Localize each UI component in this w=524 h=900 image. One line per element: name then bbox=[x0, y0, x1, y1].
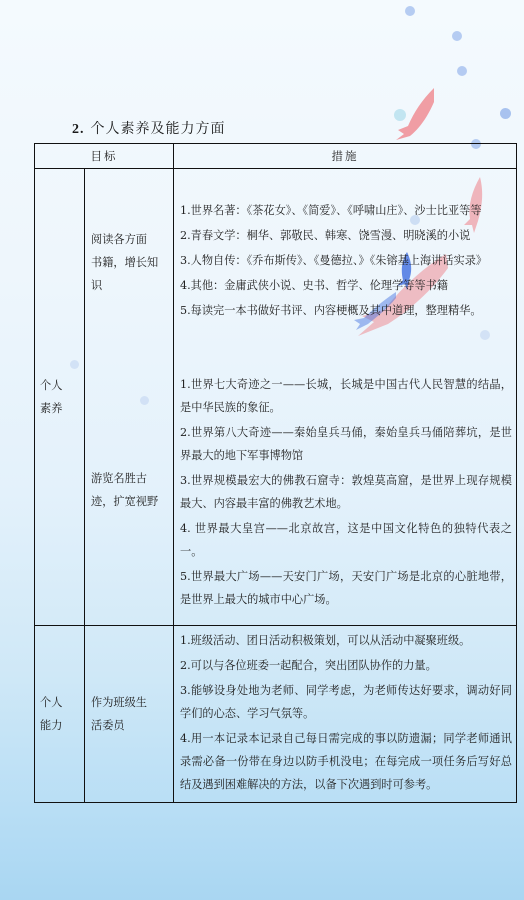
measures-cell: 1.世界七大奇迹之一——长城，长城是中国古代人民智慧的结晶，是中华民族的象征。 … bbox=[174, 356, 517, 626]
goal-cell: 作为班级生 活委员 bbox=[85, 626, 174, 803]
category-line: 个人 bbox=[40, 691, 84, 714]
goal-cell: 游览名胜古 迹，扩宽视野 bbox=[85, 356, 174, 626]
measure-item: 2.青春文学：桐华、郭敬民、韩寒、饶雪漫、明晓溪的小说 bbox=[180, 224, 512, 247]
goal-line: 迹，扩宽视野 bbox=[91, 490, 173, 513]
heading-title: 个人素养及能力方面 bbox=[91, 121, 226, 137]
category-cell: 个人 素养 bbox=[35, 169, 85, 626]
goal-line: 活委员 bbox=[91, 714, 173, 737]
heading-number: 2. bbox=[72, 122, 85, 137]
plan-table: 目标 措施 个人 素养 阅读各方面 书籍，增长知 识 1.世界名著：《茶花女》、… bbox=[34, 143, 517, 803]
category-cell: 个人 能力 bbox=[35, 626, 85, 803]
measure-item: 1.世界七大奇迹之一——长城，长城是中国古代人民智慧的结晶，是中华民族的象征。 bbox=[180, 373, 512, 419]
measure-item: 3.世界规模最宏大的佛教石窟寺：敦煌莫高窟，是世界上现存规模最大、内容最丰富的佛… bbox=[180, 469, 512, 515]
category-line: 能力 bbox=[40, 714, 84, 737]
table-row: 个人 能力 作为班级生 活委员 1.班级活动、团日活动积极策划，可以从活动中凝聚… bbox=[35, 626, 517, 803]
goal-line: 书籍，增长知 bbox=[91, 251, 173, 274]
table-row: 游览名胜古 迹，扩宽视野 1.世界七大奇迹之一——长城，长城是中国古代人民智慧的… bbox=[35, 356, 517, 626]
measure-item: 5.世界最大广场——天安门广场，天安门广场是北京的心脏地带，是世界上最大的城市中… bbox=[180, 565, 512, 611]
decor-dot bbox=[452, 31, 462, 41]
measures-cell: 1.班级活动、团日活动积极策划，可以从活动中凝聚班级。 2.可以与各位班委一起配… bbox=[174, 626, 517, 803]
goal-line: 阅读各方面 bbox=[91, 228, 173, 251]
fish-decoration-icon bbox=[392, 86, 442, 142]
section-heading: 2.个人素养及能力方面 bbox=[72, 118, 226, 138]
decor-dot bbox=[394, 109, 406, 121]
measure-item: 5.每读完一本书做好书评、内容梗概及其中道理，整理精华。 bbox=[180, 299, 512, 322]
decor-dot bbox=[405, 6, 415, 16]
goal-line: 游览名胜古 bbox=[91, 467, 173, 490]
header-goal: 目标 bbox=[35, 144, 174, 169]
category-line: 素养 bbox=[40, 397, 84, 420]
measure-item: 2.世界第八大奇迹——秦始皇兵马俑，秦始皇兵马俑陪葬坑，是世界最大的地下军事博物… bbox=[180, 421, 512, 467]
measures-cell: 1.世界名著：《茶花女》、《简爱》、《呼啸山庄》、沙士比亚等等 2.青春文学：桐… bbox=[174, 169, 517, 356]
category-line: 个人 bbox=[40, 374, 84, 397]
measure-item: 3.人物自传：《乔布斯传》、《曼德拉、》《朱镕基上海讲话实录》 bbox=[180, 249, 512, 272]
measure-item: 4. 世界最大皇宫——北京故宫，这是中国文化特色的独特代表之一。 bbox=[180, 517, 512, 563]
goal-line: 识 bbox=[91, 274, 173, 297]
measure-item: 1.世界名著：《茶花女》、《简爱》、《呼啸山庄》、沙士比亚等等 bbox=[180, 199, 512, 222]
decor-dot bbox=[500, 108, 511, 119]
measure-item: 1.班级活动、团日活动积极策划，可以从活动中凝聚班级。 bbox=[180, 629, 512, 652]
table-row: 个人 素养 阅读各方面 书籍，增长知 识 1.世界名著：《茶花女》、《简爱》、《… bbox=[35, 169, 517, 356]
measure-item: 3.能够设身处地为老师、同学考虑，为老师传达好要求，调动好同学们的心态、学习气氛… bbox=[180, 679, 512, 725]
table-header-row: 目标 措施 bbox=[35, 144, 517, 169]
measure-item: 2.可以与各位班委一起配合，突出团队协作的力量。 bbox=[180, 654, 512, 677]
measure-item: 4.其他：金庸武侠小说、史书、哲学、伦理学等等书籍 bbox=[180, 274, 512, 297]
goal-cell: 阅读各方面 书籍，增长知 识 bbox=[85, 169, 174, 356]
measure-item: 4.用一本记录本记录自己每日需完成的事以防遗漏；同学老师通讯录需必备一份带在身边… bbox=[180, 727, 512, 796]
decor-dot bbox=[457, 66, 467, 76]
header-measures: 措施 bbox=[174, 144, 517, 169]
goal-line: 作为班级生 bbox=[91, 691, 173, 714]
